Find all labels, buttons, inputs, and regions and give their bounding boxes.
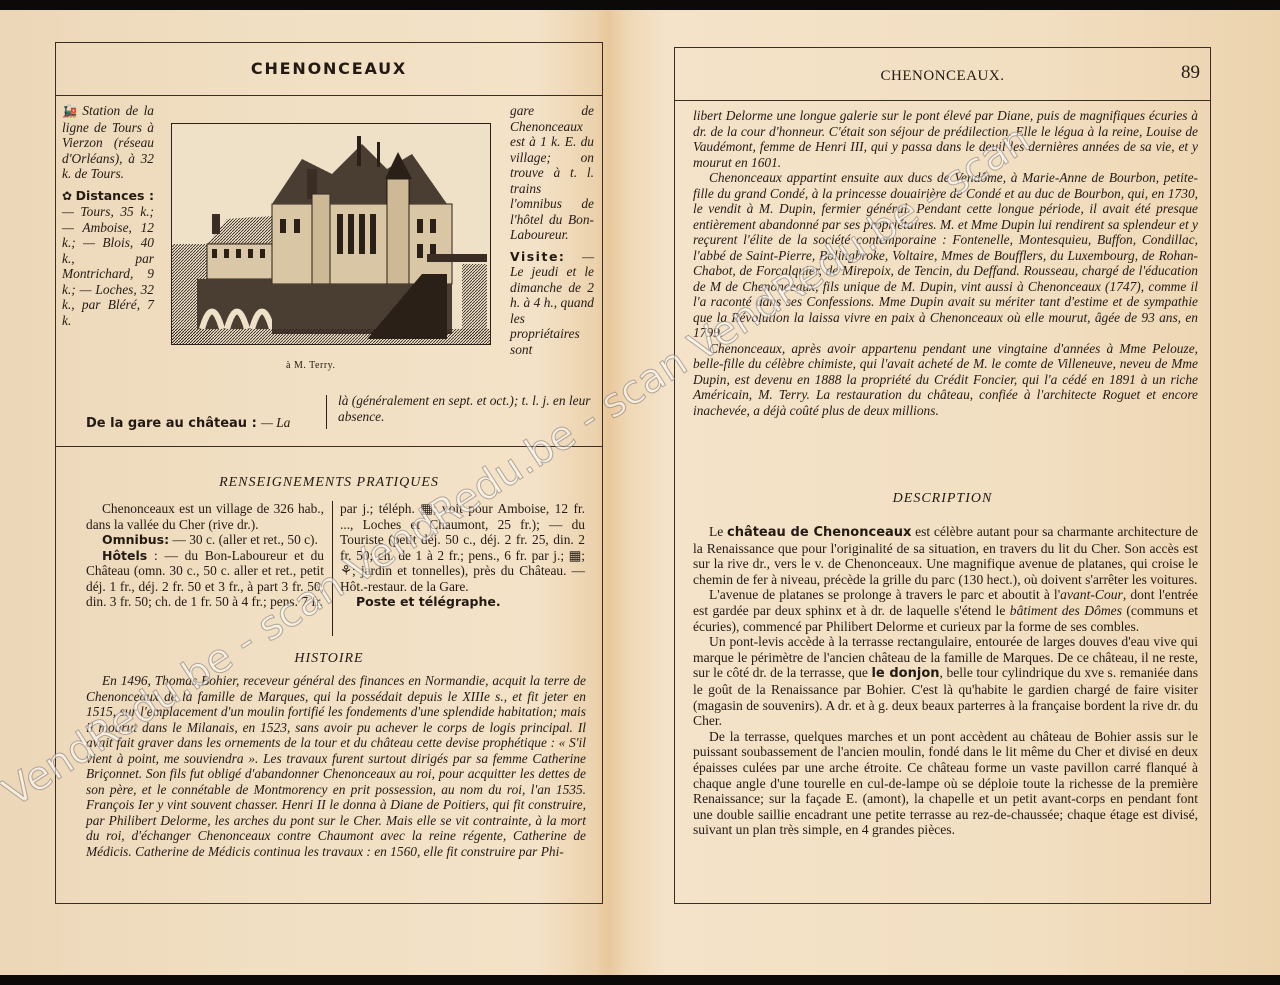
touriste-text: par j.; téléph. ▦; voit pour Amboise, 12… — [340, 501, 585, 594]
train-icon: 🚂 — [62, 104, 77, 120]
text-run: bâtiment des Dômes — [1010, 603, 1122, 618]
hotels-label: Hôtels — [102, 548, 147, 563]
gare-visite-info: gare de Chenonceaux est à 1 k. E. du vil… — [510, 103, 594, 357]
text-run: L'avenue de platanes se prolonge à trave… — [709, 587, 1060, 602]
histoire-title: HISTOIRE — [56, 651, 602, 667]
description-paragraph: De la terrasse, quelques marches et un p… — [693, 729, 1198, 838]
column-divider — [326, 395, 327, 429]
visite-text: — Le jeudi et le dimanche de 2 h. à 4 h.… — [510, 249, 594, 357]
section-divider — [56, 446, 602, 447]
omnibus-label: Omnibus: — [102, 532, 169, 547]
chateau-illustration-icon — [172, 124, 490, 344]
distances-text: — Tours, 35 k.; — Amboise, 12 k.; — Bloi… — [62, 204, 154, 328]
poste-telegraphe: Poste et télégraphe. — [340, 594, 585, 610]
village-intro: Chenonceaux est un village de 326 hab., … — [86, 501, 324, 532]
distances-icon: ✿ — [62, 189, 72, 205]
page-number: 89 — [1181, 62, 1200, 84]
gare-dash: — La — [261, 415, 290, 430]
description-paragraph: Le château de Chenonceaux est célèbre au… — [693, 524, 1198, 587]
donjon-name: le donjon — [871, 666, 939, 681]
distances-label: Distances : — [76, 188, 154, 203]
renseignements-title: RENSEIGNEMENTS PRATIQUES — [56, 475, 602, 491]
text-run: avant-Cour — [1060, 587, 1123, 602]
page-title: CHENONCEAUX — [56, 59, 602, 78]
description-paragraph: Un pont-levis accède à la terrasse recta… — [693, 634, 1198, 729]
right-page-header: CHENONCEAUX. 89 — [675, 48, 1210, 101]
gare-continuation: là (généralement en sept. et oct.); t. l… — [338, 393, 608, 424]
station-info: 🚂 Station de la ligne de Tours à Vierzon… — [62, 103, 154, 328]
paragraph: Chenonceaux, après avoir appartenu penda… — [693, 341, 1198, 419]
histoire-text: En 1496, Thomas Bohier, receveur général… — [86, 673, 586, 859]
book-spread: CHENONCEAUX 🚂 Station de la ligne de Tou… — [0, 10, 1280, 975]
gare-au-chateau: De la gare au château : — La — [86, 415, 290, 431]
figure-caption: à M. Terry. — [286, 360, 336, 371]
description-paragraph: L'avenue de platanes se prolonge à trave… — [693, 587, 1198, 634]
left-page-header: CHENONCEAUX — [56, 43, 602, 96]
visite-label: Visite: — [510, 249, 565, 264]
running-title: CHENONCEAUX. — [675, 68, 1210, 85]
histoire-continued: libert Delorme une longue galerie sur le… — [693, 108, 1198, 418]
renseignements-right: par j.; téléph. ▦; voit pour Amboise, 12… — [340, 501, 585, 610]
left-page: CHENONCEAUX 🚂 Station de la ligne de Tou… — [55, 42, 603, 904]
chateau-engraving — [171, 123, 491, 345]
paragraph: Chenonceaux appartint ensuite aux ducs d… — [693, 170, 1198, 341]
gare-text: gare de Chenonceaux est à 1 k. E. du vil… — [510, 103, 594, 243]
gare-label: De la gare au château : — [86, 416, 257, 431]
text-run: Le — [709, 524, 727, 539]
renseignements-left: Chenonceaux est un village de 326 hab., … — [86, 501, 324, 610]
description-title: DESCRIPTION — [675, 491, 1210, 507]
paragraph: libert Delorme une longue galerie sur le… — [693, 108, 1198, 170]
omnibus-text: — 30 c. (aller et ret., 50 c). — [172, 532, 317, 547]
column-divider — [332, 501, 333, 636]
description-text: Le château de Chenonceaux est célèbre au… — [693, 524, 1198, 838]
chateau-name: château de Chenonceaux — [727, 525, 911, 540]
right-page: CHENONCEAUX. 89 libert Delorme une longu… — [674, 47, 1211, 904]
